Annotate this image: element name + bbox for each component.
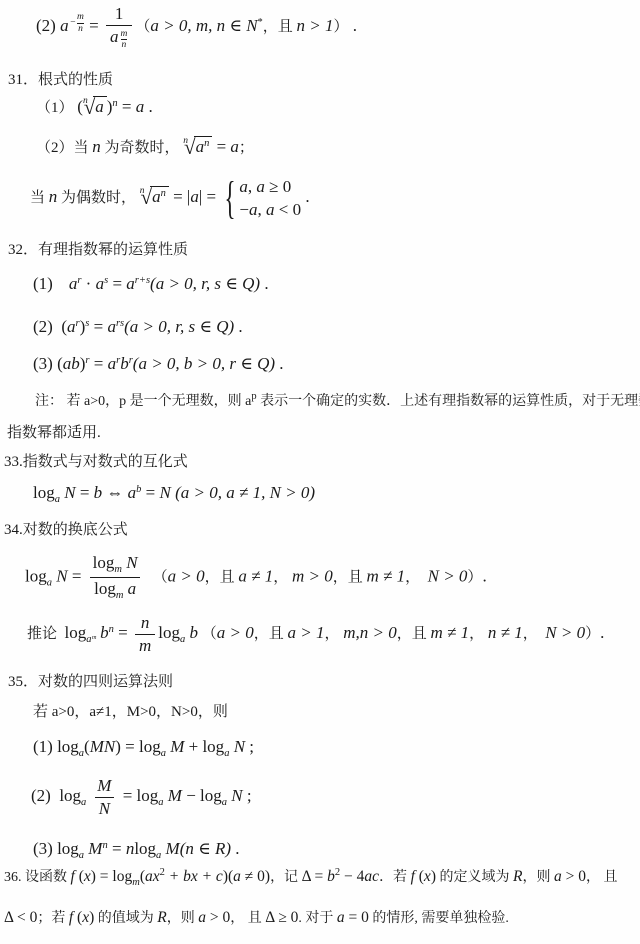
math-italic-run: a xyxy=(128,483,137,502)
math-italic-run: N xyxy=(227,786,243,805)
radicand: an xyxy=(194,136,213,157)
math-italic-run: M xyxy=(161,839,179,858)
math-roman-run: ( xyxy=(75,868,84,885)
math-italic-run: N xyxy=(60,483,76,502)
denominator: logm a xyxy=(90,577,140,602)
text-run: ， xyxy=(405,569,428,585)
math-roman-run: 1 xyxy=(115,4,124,23)
text-run: ； xyxy=(239,140,254,156)
text-run: 36. 设函数 xyxy=(4,870,71,885)
text-run: ，且 xyxy=(205,569,239,585)
math-roman-run: )( xyxy=(223,868,233,885)
fraction-column: mn xyxy=(76,12,85,34)
radicand: a xyxy=(93,96,107,117)
math-roman-run: (3) ( xyxy=(33,354,63,373)
superscript: r+s xyxy=(135,275,150,286)
math-roman-run: ≠ 0) xyxy=(241,868,270,885)
math-roman-run: = xyxy=(118,97,136,116)
formula-32-2: (2) (ar)s = ars(a > 0, r, s ∈ Q) . xyxy=(33,316,243,337)
math-roman-run: ( xyxy=(415,868,424,885)
math-italic-run: x xyxy=(84,868,91,885)
math-italic-run: m ≠ 1 xyxy=(366,566,405,585)
radicand: an xyxy=(150,186,169,207)
math-roman-run: ) = log xyxy=(91,868,132,885)
math-italic-run: a xyxy=(190,187,199,206)
text-run: 33.指数式与对数式的互化式 xyxy=(4,454,188,470)
math-italic-run: m > 0 xyxy=(292,566,333,585)
text-run: . 对于 xyxy=(298,911,337,926)
heading-32-rational-exponent-rules: 32．有理指数幂的运算性质 xyxy=(8,238,188,260)
document-page: (2) a−mn = 1amn（a > 0, m, n ∈ N*，且 n > 1… xyxy=(0,0,640,944)
math-italic-run: a xyxy=(239,177,248,196)
math-roman-run: = xyxy=(114,623,132,642)
left-brace: { xyxy=(225,176,236,220)
math-roman-run: = 0 xyxy=(345,909,369,926)
text-run: 推论 xyxy=(27,626,65,642)
radical-index: n xyxy=(83,96,88,106)
cases-rows: a, a ≥ 0−a, a < 0 xyxy=(239,176,301,221)
text-run: 31．根式的性质 xyxy=(8,72,113,88)
subscript: aᵐ xyxy=(86,634,96,645)
math-roman-run: . xyxy=(144,97,153,116)
formula-32-1: (1)ar · as = ar+s(a > 0, r, s ∈ Q) . xyxy=(33,273,269,294)
math-italic-run: b xyxy=(94,483,103,502)
math-italic-run: a xyxy=(196,137,205,156)
text-run: ， xyxy=(273,569,292,585)
text-run: （ xyxy=(198,626,217,642)
math-italic-run: m xyxy=(139,636,151,655)
math-roman-run: . xyxy=(349,16,358,35)
math-italic-run: N xyxy=(52,566,68,585)
text-run: 为奇数时， xyxy=(101,140,184,156)
math-roman-run: Δ = xyxy=(302,868,328,885)
text-run: 为偶数时， xyxy=(57,190,140,206)
superscript: n xyxy=(204,138,209,149)
math-roman-run: = xyxy=(212,137,230,156)
math-roman-run: log xyxy=(25,566,47,585)
text-run: ，且 xyxy=(254,626,288,642)
math-roman-run: < 0 xyxy=(275,200,302,219)
math-italic-run: R xyxy=(157,909,166,926)
text-run: ， xyxy=(325,626,344,642)
math-roman-run: = | xyxy=(169,187,191,206)
text-run: 的定义域为 xyxy=(436,870,513,885)
math-roman-run: . xyxy=(234,317,243,336)
math-roman-run: = xyxy=(141,483,159,502)
math-roman-run: log xyxy=(93,553,115,572)
math-roman-run: (1) log xyxy=(33,737,79,756)
text-run: 指数幂都适用. xyxy=(7,425,101,441)
denominator: N xyxy=(95,797,114,819)
math-roman-run: ; xyxy=(245,737,254,756)
math-italic-run: a xyxy=(233,868,241,885)
math-roman-run: − 4 xyxy=(340,868,364,885)
math-roman-run: . xyxy=(482,566,486,585)
math-roman-run: | = xyxy=(199,187,221,206)
math-italic-run: a > 0, m, n ∈ N xyxy=(150,16,257,35)
radical-index: n xyxy=(183,136,188,146)
math-italic-run: a xyxy=(249,200,258,219)
formula-log-exp-conversion: loga N = b ⇔ ab = N (a > 0, a ≠ 1, N > 0… xyxy=(33,482,315,506)
math-roman-run: = xyxy=(76,483,94,502)
subscript: m xyxy=(132,877,140,888)
paragraph-36-line2: Δ < 0；若 f (x) 的值域为 R，则 a > 0， 且 Δ ≥ 0. 对… xyxy=(4,908,509,928)
math-italic-run: MN xyxy=(90,737,116,756)
math-roman-run: . xyxy=(301,187,310,206)
math-roman-run: . xyxy=(275,354,284,373)
math-roman-run: ) = log xyxy=(115,737,160,756)
formula-32-3: (3) (ab)r = arbr(a > 0, b > 0, r ∈ Q) . xyxy=(33,353,284,374)
math-roman-run: log xyxy=(134,839,156,858)
math-italic-run: b xyxy=(327,868,335,885)
math-italic-run: a xyxy=(256,177,265,196)
math-roman-run: − log xyxy=(182,786,222,805)
text-run: ） xyxy=(334,19,349,35)
math-roman-run: . xyxy=(600,623,604,642)
fraction: logm Nlogm a xyxy=(89,553,142,602)
denominator: n xyxy=(121,39,128,50)
math-italic-run: a xyxy=(198,909,206,926)
math-italic-run: n xyxy=(141,613,150,632)
cases-group: {a, a ≥ 0−a, a < 0 xyxy=(222,176,301,221)
math-italic-run: a xyxy=(110,27,119,46)
math-italic-run: (a > 0, r, s ∈ Q) xyxy=(124,317,234,336)
math-roman-run: > 0 xyxy=(206,909,230,926)
text-run: 注： 若 a>0，p 是一个无理数，则 a xyxy=(35,394,251,409)
fraction: 1amn xyxy=(106,4,132,50)
math-italic-run: N xyxy=(122,553,138,572)
math-roman-run: log xyxy=(158,623,180,642)
math-italic-run: a xyxy=(230,137,239,156)
text-run: ，则 xyxy=(167,911,199,926)
math-italic-run: a xyxy=(95,97,104,116)
fraction: MN xyxy=(93,776,115,818)
fraction-column: mn xyxy=(119,29,128,51)
denominator: m xyxy=(135,634,155,656)
math-italic-run: a xyxy=(554,868,562,885)
text-run: ） xyxy=(585,626,600,642)
math-roman-run: = xyxy=(108,274,126,293)
math-italic-run: a xyxy=(108,354,117,373)
paragraph-36-line1: 36. 设函数 f (x) = logm(ax2 + bx + c)(a ≠ 0… xyxy=(4,866,617,889)
text-run: ） xyxy=(467,569,482,585)
case-row: −a, a < 0 xyxy=(239,199,301,220)
superscript: rs xyxy=(116,318,124,329)
formula-31-2-odd-n: （2）当 n 为奇数时， n√an = a； xyxy=(36,134,254,160)
text-run: ， xyxy=(523,626,546,642)
math-italic-run: b xyxy=(185,623,198,642)
math-roman-run: Δ < 0 xyxy=(4,909,37,926)
text-run: （ xyxy=(153,569,168,585)
math-italic-run: a xyxy=(152,187,161,206)
formula-negative-exponent: (2) a−mn = 1amn（a > 0, m, n ∈ N*，且 n > 1… xyxy=(36,4,357,50)
math-italic-run: a xyxy=(126,274,135,293)
math-roman-run: ⇔ xyxy=(102,483,128,502)
text-run: 的值域为 xyxy=(94,911,157,926)
text-run: （ xyxy=(135,19,150,35)
formula-35-2-log-quotient: (2) logaMN = loga M − loga N ; xyxy=(31,776,252,818)
exponent-fraction: −mn xyxy=(70,12,85,34)
text-run: ，则 xyxy=(522,870,554,885)
math-roman-run: · xyxy=(81,274,95,293)
condition-35: 若 a>0，a≠1，M>0，N>0，则 xyxy=(33,700,228,722)
math-italic-run: a xyxy=(337,909,345,926)
heading-31-radical-properties: 31．根式的性质 xyxy=(8,68,113,90)
formula-35-3-log-power: (3) loga Mn = nloga M(n ∈ R) . xyxy=(33,838,240,862)
superscript: n xyxy=(161,188,166,199)
math-roman-run: = log xyxy=(118,786,158,805)
math-roman-run: (2) xyxy=(36,16,60,35)
math-roman-run: . xyxy=(260,274,269,293)
text-run: ．若 xyxy=(379,870,411,885)
math-italic-run: M xyxy=(84,839,102,858)
math-roman-run: > 0 xyxy=(562,868,586,885)
math-italic-run: a xyxy=(123,579,136,598)
math-italic-run: a > 0 xyxy=(168,566,205,585)
math-roman-run: = xyxy=(90,354,108,373)
formula-change-of-base-corollary: 推论 logaᵐ bn = nmloga b （a > 0，且 a > 1， m… xyxy=(27,613,604,655)
math-italic-run: a xyxy=(60,16,69,35)
math-italic-run: n ≠ 1 xyxy=(488,623,523,642)
text-run: ，记 xyxy=(270,870,302,885)
math-italic-run: ab xyxy=(63,354,80,373)
math-roman-run: . xyxy=(231,839,240,858)
math-italic-run: (a > 0, b > 0, r ∈ Q) xyxy=(133,354,275,373)
math-italic-run: ac xyxy=(364,868,379,885)
math-italic-run: a xyxy=(266,200,275,219)
math-italic-run: b xyxy=(96,623,109,642)
math-italic-run: N > 0 xyxy=(545,623,585,642)
text-run: ， xyxy=(469,626,488,642)
numerator: m xyxy=(76,12,85,22)
text-run: ，且 xyxy=(397,626,431,642)
math-roman-run: log xyxy=(65,623,87,642)
math-italic-run: M xyxy=(97,776,111,795)
text-run: ；若 xyxy=(37,911,69,926)
text-run: 的情形, 需要单独检验. xyxy=(369,911,509,926)
denominator: n xyxy=(77,23,84,34)
math-italic-run: (a > 0, a ≠ 1, N > 0) xyxy=(175,483,315,502)
math-italic-run: N xyxy=(160,483,176,502)
math-roman-run: = xyxy=(68,566,86,585)
math-italic-run: a ≠ 1 xyxy=(238,566,273,585)
math-roman-run: = xyxy=(85,16,103,35)
exponent-fraction: mn xyxy=(119,29,128,51)
text-run: （2）当 xyxy=(36,140,92,156)
text-run: ， 且 xyxy=(230,911,265,926)
text-run: （1） xyxy=(36,100,77,116)
text-run: 34.对数的换底公式 xyxy=(4,522,128,538)
math-roman-run: (3) log xyxy=(33,839,79,858)
text-run: ，且 xyxy=(263,19,297,35)
formula-change-of-base: loga N = logm Nlogm a（a > 0，且 a ≠ 1， m >… xyxy=(25,553,487,602)
math-italic-run: m,n > 0 xyxy=(343,623,397,642)
math-italic-run: N > 0 xyxy=(428,566,468,585)
math-roman-run: = xyxy=(89,317,107,336)
math-italic-run: n xyxy=(92,137,101,156)
math-roman-run: + log xyxy=(184,737,224,756)
heading-33-log-exp-conversion: 33.指数式与对数式的互化式 xyxy=(4,450,188,472)
math-italic-run: a > 1 xyxy=(288,623,325,642)
math-italic-run: (n ∈ R) xyxy=(180,839,231,858)
math-italic-run: b xyxy=(120,354,129,373)
subscript: m xyxy=(114,564,122,575)
denominator: amn xyxy=(106,25,132,51)
math-italic-run: a > 0 xyxy=(217,623,254,642)
math-italic-run: N xyxy=(229,737,245,756)
radical-index: n xyxy=(140,186,145,196)
text-run: ， 且 xyxy=(586,870,618,885)
numerator: logm N xyxy=(89,553,142,577)
math-roman-run: ; xyxy=(243,786,252,805)
math-roman-run: − xyxy=(239,200,249,219)
subscript: a xyxy=(81,797,86,808)
math-italic-run: ax xyxy=(145,868,160,885)
text-run: 当 xyxy=(30,190,49,206)
math-italic-run: N xyxy=(99,799,110,818)
math-italic-run: n xyxy=(49,187,58,206)
math-italic-run: a xyxy=(96,274,105,293)
math-italic-run: M xyxy=(164,786,182,805)
math-roman-run: = xyxy=(108,839,126,858)
numerator: n xyxy=(137,613,154,634)
radical: n√an xyxy=(140,187,169,206)
math-roman-run: ( xyxy=(73,909,82,926)
numerator: M xyxy=(93,776,115,797)
note-irrational-exponent-line1: 注： 若 a>0，p 是一个无理数，则 ap 表示一个确定的实数．上述有理指数幂… xyxy=(35,389,640,411)
math-roman-run: (2) ( xyxy=(33,317,67,336)
heading-35-log-arithmetic-rules: 35．对数的四则运算法则 xyxy=(8,670,173,692)
text-run: 表示一个确定的实数．上述有理指数幂的运算性质，对于无理数 xyxy=(257,394,640,409)
math-italic-run: n > 1 xyxy=(297,16,334,35)
heading-34-change-of-base: 34.对数的换底公式 xyxy=(4,518,128,540)
numerator: m xyxy=(119,29,128,39)
text-run: 35．对数的四则运算法则 xyxy=(8,674,173,690)
formula-31-2-even-n: 当 n 为偶数时， n√an = |a| = {a, a ≥ 0−a, a < … xyxy=(30,176,310,221)
formula-31-1: （1） (n√a)n = a . xyxy=(36,94,153,120)
fraction: nm xyxy=(135,613,155,655)
text-run: 若 a>0，a≠1，M>0，N>0，则 xyxy=(33,704,228,720)
math-italic-run: M xyxy=(166,737,184,756)
numerator: 1 xyxy=(111,4,128,25)
text-run: ，且 xyxy=(333,569,367,585)
math-roman-run: (2) log xyxy=(31,786,81,805)
math-roman-run: log xyxy=(94,579,116,598)
math-italic-run: a xyxy=(107,317,116,336)
radical: n√an xyxy=(183,137,212,156)
math-italic-run: (a > 0, r, s ∈ Q) xyxy=(150,274,260,293)
math-roman-run: log xyxy=(33,483,55,502)
math-italic-run: a xyxy=(136,97,145,116)
math-italic-run: + bx + c xyxy=(165,868,223,885)
math-roman-run: Δ ≥ 0 xyxy=(265,909,298,926)
math-roman-run: (1) xyxy=(33,274,53,293)
math-italic-run: m ≠ 1 xyxy=(431,623,470,642)
note-irrational-exponent-line2: 指数幂都适用. xyxy=(7,421,101,443)
math-roman-run: , xyxy=(258,200,267,219)
math-italic-run: x xyxy=(424,868,431,885)
text-run: 32．有理指数幂的运算性质 xyxy=(8,242,188,258)
radical: n√a xyxy=(83,97,107,116)
formula-35-1-log-product: (1) loga(MN) = loga M + loga N ; xyxy=(33,736,254,760)
math-roman-run: ≥ 0 xyxy=(265,177,291,196)
case-row: a, a ≥ 0 xyxy=(239,176,301,197)
